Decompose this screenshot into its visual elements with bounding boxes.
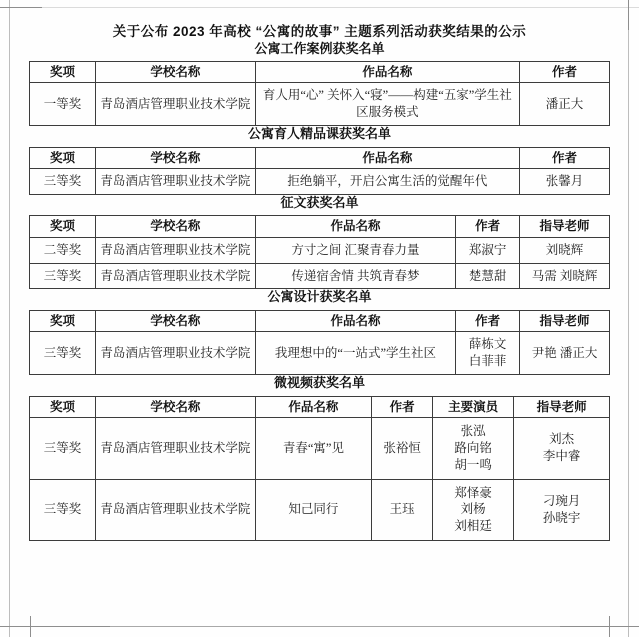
table-header-row: 奖项学校名称作品名称作者指导老师 [30, 311, 610, 332]
table-header-row: 奖项学校名称作品名称作者指导老师 [30, 216, 610, 237]
column-header: 作者 [520, 62, 610, 83]
section-title: 征文获奖名单 [29, 195, 610, 211]
award-table: 奖项学校名称作品名称作者三等奖青岛酒店管理职业技术学院拒绝躺平，开启公寓生活的觉… [29, 147, 610, 195]
table-row: 三等奖青岛酒店管理职业技术学院拒绝躺平，开启公寓生活的觉醒年代张馨月 [30, 168, 610, 194]
scan-border-bottom [0, 626, 639, 627]
column-header: 作者 [456, 216, 520, 237]
column-header: 指导老师 [520, 216, 610, 237]
column-header: 作者 [520, 147, 610, 168]
table-row: 一等奖青岛酒店管理职业技术学院育人用“心” 关怀入“寝”——构建“五家”学生社区… [30, 83, 610, 126]
column-header: 作品名称 [255, 62, 519, 83]
page-title: 关于公布 2023 年高校 “公寓的故事” 主题系列活动获奖结果的公示 [35, 23, 604, 41]
table-row: 三等奖青岛酒店管理职业技术学院青春“寓”见张裕恒张泓路向铭胡一鸣刘杰李中睿 [30, 417, 610, 479]
column-header: 作品名称 [255, 147, 519, 168]
table-cell: 青岛酒店管理职业技术学院 [96, 417, 256, 479]
table-cell: 青岛酒店管理职业技术学院 [96, 479, 256, 541]
section-title: 公寓设计获奖名单 [29, 289, 610, 305]
table-cell: 青春“寓”见 [255, 417, 372, 479]
table-cell: 拒绝躺平，开启公寓生活的觉醒年代 [255, 168, 519, 194]
table-row: 二等奖青岛酒店管理职业技术学院方寸之间 汇聚青春力量郑淑宁刘晓辉 [30, 237, 610, 263]
column-header: 指导老师 [514, 396, 610, 417]
document-content: 关于公布 2023 年高校 “公寓的故事” 主题系列活动获奖结果的公示 公寓工作… [0, 23, 639, 541]
award-section: 微视频获奖名单奖项学校名称作品名称作者主要演员指导老师三等奖青岛酒店管理职业技术… [29, 375, 610, 541]
column-header: 作者 [372, 396, 433, 417]
table-cell: 张泓路向铭胡一鸣 [433, 417, 514, 479]
scan-corner-mark [30, 616, 31, 637]
column-header: 主要演员 [433, 396, 514, 417]
table-cell: 三等奖 [30, 479, 96, 541]
table-cell: 知己同行 [255, 479, 372, 541]
table-cell: 郑怿豪刘杨刘相廷 [433, 479, 514, 541]
table-cell: 青岛酒店管理职业技术学院 [96, 237, 256, 263]
table-cell: 传递宿舍情 共筑青春梦 [255, 263, 456, 289]
column-header: 学校名称 [96, 216, 256, 237]
document-page: 关于公布 2023 年高校 “公寓的故事” 主题系列活动获奖结果的公示 公寓工作… [0, 0, 639, 637]
column-header: 作者 [456, 311, 520, 332]
table-cell: 王珏 [372, 479, 433, 541]
award-section: 公寓设计获奖名单奖项学校名称作品名称作者指导老师三等奖青岛酒店管理职业技术学院我… [29, 289, 610, 375]
scan-corner-mark [0, 7, 42, 8]
table-header-row: 奖项学校名称作品名称作者 [30, 62, 610, 83]
column-header: 奖项 [30, 396, 96, 417]
award-section: 公寓育人精品课获奖名单奖项学校名称作品名称作者三等奖青岛酒店管理职业技术学院拒绝… [29, 126, 610, 195]
table-cell: 刁琬月孙晓宇 [514, 479, 610, 541]
scan-corner-mark [560, 626, 639, 627]
column-header: 奖项 [30, 216, 96, 237]
column-header: 指导老师 [520, 311, 610, 332]
table-header-row: 奖项学校名称作品名称作者 [30, 147, 610, 168]
column-header: 学校名称 [96, 396, 256, 417]
table-cell: 一等奖 [30, 83, 96, 126]
table-cell: 青岛酒店管理职业技术学院 [96, 263, 256, 289]
award-table: 奖项学校名称作品名称作者一等奖青岛酒店管理职业技术学院育人用“心” 关怀入“寝”… [29, 61, 610, 126]
table-cell: 刘晓辉 [520, 237, 610, 263]
section-title: 微视频获奖名单 [29, 375, 610, 391]
column-header: 学校名称 [96, 147, 256, 168]
table-cell: 尹艳 潘正大 [520, 332, 610, 375]
award-section: 公寓工作案例获奖名单奖项学校名称作品名称作者一等奖青岛酒店管理职业技术学院育人用… [29, 41, 610, 127]
scan-corner-mark [0, 626, 110, 627]
table-cell: 青岛酒店管理职业技术学院 [96, 168, 256, 194]
section-title: 公寓育人精品课获奖名单 [29, 126, 610, 142]
table-cell: 张裕恒 [372, 417, 433, 479]
table-cell: 三等奖 [30, 417, 96, 479]
scan-border-top [0, 7, 639, 8]
sections-container: 公寓工作案例获奖名单奖项学校名称作品名称作者一等奖青岛酒店管理职业技术学院育人用… [29, 41, 610, 542]
table-cell: 三等奖 [30, 263, 96, 289]
award-table: 奖项学校名称作品名称作者主要演员指导老师三等奖青岛酒店管理职业技术学院青春“寓”… [29, 396, 610, 542]
column-header: 作品名称 [255, 216, 456, 237]
award-table: 奖项学校名称作品名称作者指导老师三等奖青岛酒店管理职业技术学院我理想中的“一站式… [29, 310, 610, 375]
table-cell: 薛栋文白菲菲 [456, 332, 520, 375]
column-header: 奖项 [30, 62, 96, 83]
column-header: 作品名称 [255, 311, 456, 332]
table-row: 三等奖青岛酒店管理职业技术学院传递宿舍情 共筑青春梦楚慧甜马需 刘晓辉 [30, 263, 610, 289]
table-cell: 三等奖 [30, 332, 96, 375]
table-cell: 楚慧甜 [456, 263, 520, 289]
table-cell: 育人用“心” 关怀入“寝”——构建“五家”学生社区服务模式 [255, 83, 519, 126]
column-header: 学校名称 [96, 311, 256, 332]
table-cell: 潘正大 [520, 83, 610, 126]
column-header: 学校名称 [96, 62, 256, 83]
column-header: 奖项 [30, 311, 96, 332]
table-cell: 三等奖 [30, 168, 96, 194]
table-cell: 我理想中的“一站式”学生社区 [255, 332, 456, 375]
table-row: 三等奖青岛酒店管理职业技术学院知己同行王珏郑怿豪刘杨刘相廷刁琬月孙晓宇 [30, 479, 610, 541]
award-table: 奖项学校名称作品名称作者指导老师二等奖青岛酒店管理职业技术学院方寸之间 汇聚青春… [29, 215, 610, 289]
scan-corner-mark [609, 616, 610, 637]
table-cell: 青岛酒店管理职业技术学院 [96, 83, 256, 126]
column-header: 奖项 [30, 147, 96, 168]
table-cell: 刘杰李中睿 [514, 417, 610, 479]
table-cell: 方寸之间 汇聚青春力量 [255, 237, 456, 263]
table-cell: 郑淑宁 [456, 237, 520, 263]
table-row: 三等奖青岛酒店管理职业技术学院我理想中的“一站式”学生社区薛栋文白菲菲尹艳 潘正… [30, 332, 610, 375]
award-section: 征文获奖名单奖项学校名称作品名称作者指导老师二等奖青岛酒店管理职业技术学院方寸之… [29, 195, 610, 290]
table-cell: 马需 刘晓辉 [520, 263, 610, 289]
table-header-row: 奖项学校名称作品名称作者主要演员指导老师 [30, 396, 610, 417]
table-cell: 张馨月 [520, 168, 610, 194]
section-title: 公寓工作案例获奖名单 [29, 41, 610, 57]
table-cell: 二等奖 [30, 237, 96, 263]
table-cell: 青岛酒店管理职业技术学院 [96, 332, 256, 375]
column-header: 作品名称 [255, 396, 372, 417]
